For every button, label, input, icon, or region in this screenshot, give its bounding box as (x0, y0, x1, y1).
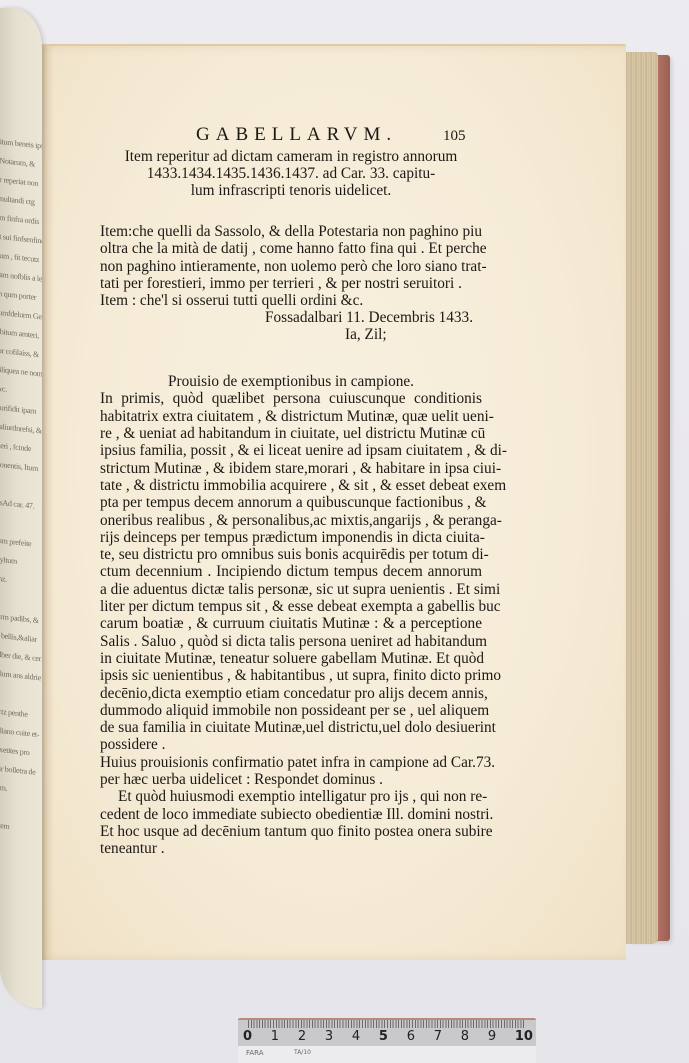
intro-line: lum infrascripti tenoris uidelicet. (100, 182, 482, 199)
text-line: rijs deinceps per tempus prædictum impon… (100, 529, 482, 546)
left-page-line: um. (0, 782, 42, 798)
text-line: Item : che'l si osserui tutti quelli ord… (100, 292, 482, 309)
left-page-line: am finfra ordis (0, 212, 42, 228)
text-line: pta per tempus decem annorum a quibuscun… (100, 494, 482, 511)
final-paragraph: Et quòd huiusmodi exemptio intelligatur … (100, 788, 482, 857)
text-line: cedent de loco immediate subiecto obedie… (100, 806, 482, 823)
ruler-number: 8 (461, 1029, 469, 1044)
text-line: Et hoc usque ad decēnium tantum quo fini… (100, 823, 482, 840)
ruler-number: 9 (488, 1029, 496, 1044)
left-page-line: tum prefeite (0, 535, 42, 551)
ruler-number: 5 (379, 1029, 388, 1044)
left-page-line: ulum ans aldrie (0, 668, 42, 684)
text-line: decēnio,dicta exemptio etiam concedatur … (100, 685, 482, 702)
left-page-line: In qum porter (0, 288, 42, 304)
text-line: tate , & districtu immobilia acquirere ,… (100, 477, 482, 494)
section-subheading: Prouisio de exemptionibus in campione. (100, 373, 482, 390)
left-page-line: , Notarum, & (0, 155, 42, 171)
left-page-line: &c. (0, 383, 42, 399)
left-page-line: ct sui finfsenfino (0, 231, 42, 247)
text-line: habitatrix extra ciuitatem , & districtu… (100, 408, 482, 425)
running-header: GABELLARVM. 105 (100, 124, 482, 148)
intro-block: Item reperitur ad dictam cameram in regi… (100, 148, 482, 199)
left-page-line: uliano cuite et- (0, 725, 42, 741)
text-line: possidere . (100, 736, 482, 753)
text-line: tati per forestieri, immo per terrieri ,… (100, 275, 482, 292)
page-number: 105 (443, 128, 466, 145)
ruler-number: 10 (515, 1029, 533, 1044)
ruler-number: 3 (325, 1029, 333, 1044)
main-paragraph: In primis, quòd quælibet persona cuiuscu… (100, 390, 482, 753)
left-page-line: rumfdelurm Ge (0, 307, 42, 323)
ruler-brand: FARA (246, 1049, 264, 1057)
left-page-line: ciliquea ne nom (0, 364, 42, 380)
left-page-line: qurifidit ipam (0, 402, 42, 418)
ruler-number: 0 (243, 1029, 252, 1044)
left-page-line: exetites pro (0, 744, 42, 760)
signature-place-date: Fossadalbari 11. Decembris 1433. (265, 309, 482, 326)
left-page: ditum beneis ipfi-, Notarum, &ar reperia… (0, 8, 42, 1008)
text-line: te, seu districtu pro omnibus suis bonis… (100, 546, 482, 563)
ruler-number: 1 (271, 1029, 279, 1044)
ruler-number: 6 (407, 1029, 415, 1044)
ruler-number: 4 (352, 1029, 360, 1044)
text-line: Et quòd huiusmodi exemptio intelligatur … (100, 788, 482, 805)
text-line: in ciuitate Mutinæ, teneatur soluere gab… (100, 650, 482, 667)
left-page-line: mz. (0, 573, 42, 589)
left-page-line: ictz penthe (0, 706, 42, 722)
left-page-line: ponentis, Itum (0, 459, 42, 475)
running-head-title: GABELLARVM. (196, 124, 397, 146)
left-page-line (0, 478, 42, 483)
ruler-number: 2 (298, 1029, 306, 1044)
text-line: ipsius familia, possit , & ei liceat uen… (100, 442, 482, 459)
text-line: Huius prouisionis confirmatio patet infr… (100, 754, 482, 771)
confirmatio-paragraph: Huius prouisionis confirmatio patet infr… (100, 754, 482, 789)
left-page-line: e bellis,&aliar (0, 630, 42, 646)
text-line: In primis, quòd quælibet persona cuiuscu… (100, 390, 482, 407)
item-paragraph: Item:che quelli da Sassolo, & della Pote… (100, 223, 482, 309)
left-page-line (0, 801, 42, 806)
left-page-line: Item (0, 820, 42, 836)
text-line: Salis . Saluo , quòd si dicta talis pers… (100, 633, 482, 650)
left-page-line: ysAd car. 47. (0, 497, 42, 513)
ruler-model: TA/10 (294, 1049, 311, 1056)
signature-name: Ia, Zil; (345, 326, 482, 343)
left-page-line: eum , fit tecutz (0, 250, 42, 266)
left-page-line: obitum amteri, (0, 326, 42, 342)
text-line: ctum decennium . Incipiendo dictum tempu… (100, 563, 482, 580)
intro-line: 1433.1434.1435.1436.1437. ad Car. 33. ca… (100, 165, 482, 182)
left-page-line: ar reperiat non (0, 174, 42, 190)
ruler-label-strip (238, 1046, 536, 1063)
left-page-line: tur cofilaiss, & (0, 345, 42, 361)
text-line: teneantur . (100, 840, 482, 857)
text-line: non paghino intieramente, non uolemo per… (100, 258, 482, 275)
left-page-line (0, 687, 42, 692)
left-page-line: imultandi ctg (0, 193, 42, 209)
text-line: liter per dictum tempus sit , & esse deb… (100, 598, 482, 615)
text-line: dummodo aliquid immobile non possideant … (100, 702, 482, 719)
text-line: per hæc uerba uidelicet : Respondet domi… (100, 771, 482, 788)
text-line: strictum Mutinæ , & ibidem stare,morari … (100, 460, 482, 477)
left-page-line (0, 592, 42, 597)
ruler-number: 7 (434, 1029, 442, 1044)
text-line: de sua familia in ciuitate Mutinæ,uel di… (100, 719, 482, 736)
left-page-line: eam nofblis a le (0, 269, 42, 285)
left-page-line (0, 516, 42, 521)
left-page-line: pyltum (0, 554, 42, 570)
scale-ruler: 012345678910 FARA TA/10 (238, 1018, 536, 1063)
text-line: carum boatiæ , & curruum ciuitatis Mutin… (100, 615, 482, 632)
text-line: a die aduentus dictæ talis personæ, sic … (100, 581, 482, 598)
ruler-numbers: 012345678910 (243, 1029, 533, 1044)
page-content: GABELLARVM. 105 Item reperitur ad dictam… (100, 124, 482, 858)
left-page-line: alber die, & cer (0, 649, 42, 665)
left-page-line: fieri , fcinde (0, 440, 42, 456)
text-line: Item:che quelli da Sassolo, & della Pote… (100, 223, 482, 240)
text-line: oneribus realibus , & personalibus,ac mi… (100, 512, 482, 529)
left-page-line: caliurdnrefsi, & (0, 421, 42, 437)
intro-line: Item reperitur ad dictam cameram in regi… (100, 148, 482, 165)
left-page-line: ditum beneis ipfi- (0, 136, 42, 152)
left-page-line: ftrm padibs, & (0, 611, 42, 627)
ruler-ticks (248, 1020, 526, 1028)
text-line: ipsis sic uenientibus , & habitantibus ,… (100, 667, 482, 684)
left-page-line: sir bolletra de (0, 763, 42, 779)
text-line: re , & ueniat ad habitandum in ciuitate,… (100, 425, 482, 442)
text-line: oltra che la mità de datij , come hanno … (100, 240, 482, 257)
